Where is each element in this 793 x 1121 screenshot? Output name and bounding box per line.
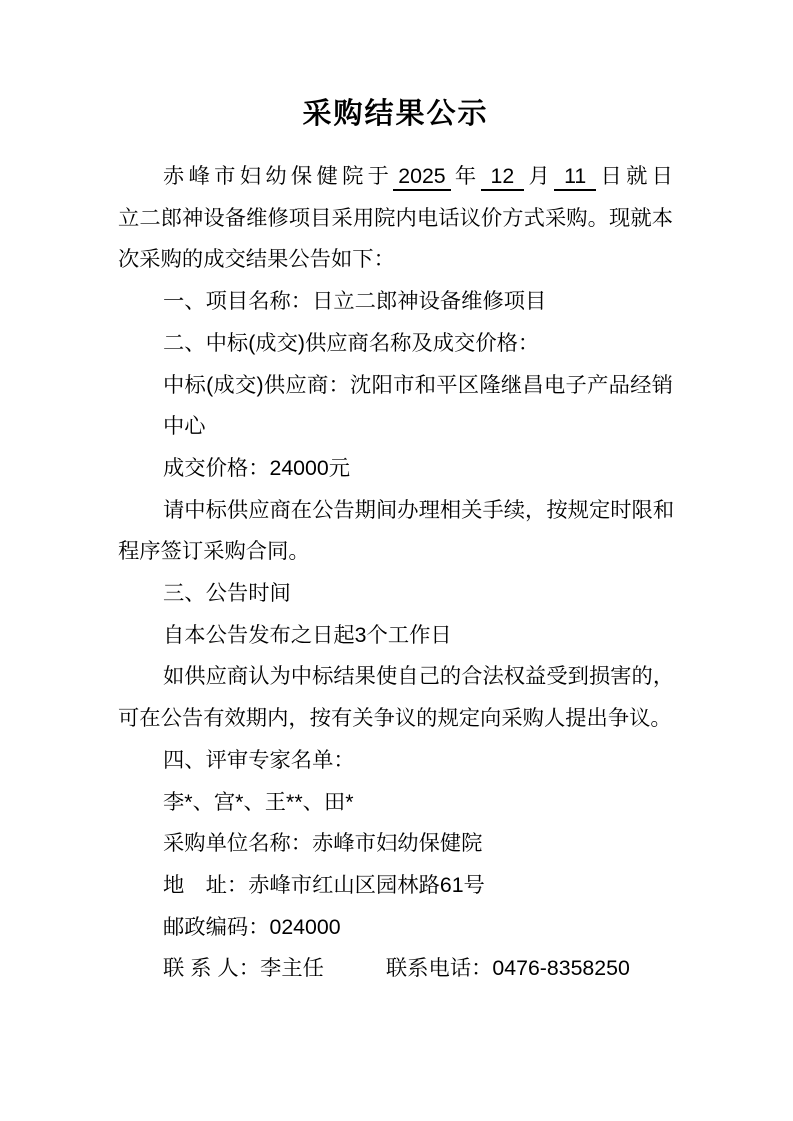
- month-unit: 月: [524, 164, 554, 188]
- deal-price-line: 成交价格：24000元: [118, 448, 673, 490]
- day-suffix: 日就日: [596, 164, 673, 188]
- announcement-period-line: 自本公告发布之日起3个工作日: [118, 615, 673, 657]
- contact-line: 联 系 人：李主任联系电话：0476-8358250: [118, 948, 673, 990]
- purchaser-name-line: 采购单位名称：赤峰市妇幼保健院: [118, 823, 673, 865]
- document-page: 采购结果公示 赤峰市妇幼保健院于2025年12月11日就日 立二郎神设备维修项目…: [0, 0, 793, 1121]
- intro-prefix: 赤峰市妇幼保健院于: [163, 164, 393, 188]
- intro-line-2: 立二郎神设备维修项目采用院内电话议价方式采购。现就本: [118, 198, 673, 240]
- supplier-name-wrap-line: 中心: [118, 406, 673, 448]
- contract-notice-line-2: 程序签订采购合同。: [118, 531, 673, 573]
- contact-phone: 联系电话：0476-8358250: [386, 956, 630, 980]
- expert-list-heading: 四、评审专家名单：: [118, 740, 673, 782]
- dispute-notice-line-1: 如供应商认为中标结果使自己的合法权益受到损害的，: [118, 656, 673, 698]
- year-underline: 2025: [393, 163, 450, 191]
- winner-heading-line: 二、中标(成交)供应商名称及成交价格：: [118, 323, 673, 365]
- contact-person: 联 系 人：李主任: [163, 956, 324, 980]
- year-unit: 年: [451, 164, 481, 188]
- project-name-line: 一、项目名称：日立二郎神设备维修项目: [118, 281, 673, 323]
- intro-line-1: 赤峰市妇幼保健院于2025年12月11日就日: [118, 156, 673, 198]
- contract-notice-line-1: 请中标供应商在公告期间办理相关手续，按规定时限和: [118, 490, 673, 532]
- month-underline: 12: [481, 163, 525, 191]
- intro-line-3: 次采购的成交结果公告如下：: [118, 239, 673, 281]
- day-underline: 11: [554, 163, 596, 191]
- address-line: 地 址：赤峰市红山区园林路61号: [118, 865, 673, 907]
- dispute-notice-line-2: 可在公告有效期内，按有关争议的规定向采购人提出争议。: [118, 698, 673, 740]
- expert-names-line: 李*、宫*、王**、田*: [118, 782, 673, 824]
- postal-code-line: 邮政编码：024000: [118, 907, 673, 949]
- announcement-period-heading: 三、公告时间: [118, 573, 673, 615]
- document-title: 采购结果公示: [118, 92, 673, 136]
- supplier-name-line: 中标(成交)供应商：沈阳市和平区隆继昌电子产品经销: [118, 365, 673, 407]
